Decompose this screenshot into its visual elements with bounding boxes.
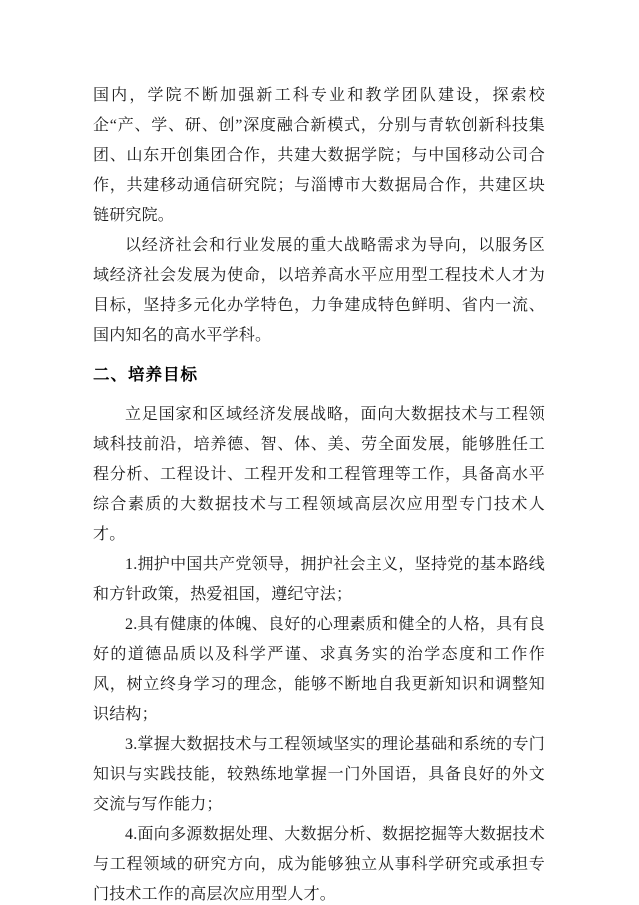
paragraph-intro-continued: 国内，学院不断加强新工科专业和教学团队建设，探索校企“产、学、研、创”深度融合新… <box>93 81 545 231</box>
objective-item-1: 1.拥护中国共产党领导，拥护社会主义，坚持党的基本路线和方针政策，热爱祖国，遵纪… <box>93 550 545 610</box>
paragraph-objective-overview: 立足国家和区域经济发展战略，面向大数据技术与工程领域科技前沿，培养德、智、体、美… <box>93 400 545 550</box>
objective-item-2: 2.具有健康的体魄、良好的心理素质和健全的人格，具有良好的道德品质以及科学严谨、… <box>93 610 545 730</box>
paragraph-mission: 以经济社会和行业发展的重大战略需求为导向，以服务区域经济社会发展为使命，以培养高… <box>93 231 545 351</box>
objective-item-4: 4.面向多源数据处理、大数据分析、数据挖掘等大数据技术与工程领域的研究方向，成为… <box>93 820 545 905</box>
objective-item-3: 3.掌握大数据技术与工程领域坚实的理论基础和系统的专门知识与实践技能，较熟练地掌… <box>93 730 545 820</box>
document-page: 国内，学院不断加强新工科专业和教学团队建设，探索校企“产、学、研、创”深度融合新… <box>0 0 639 905</box>
section-heading-training-objectives: 二、培养目标 <box>93 360 545 390</box>
